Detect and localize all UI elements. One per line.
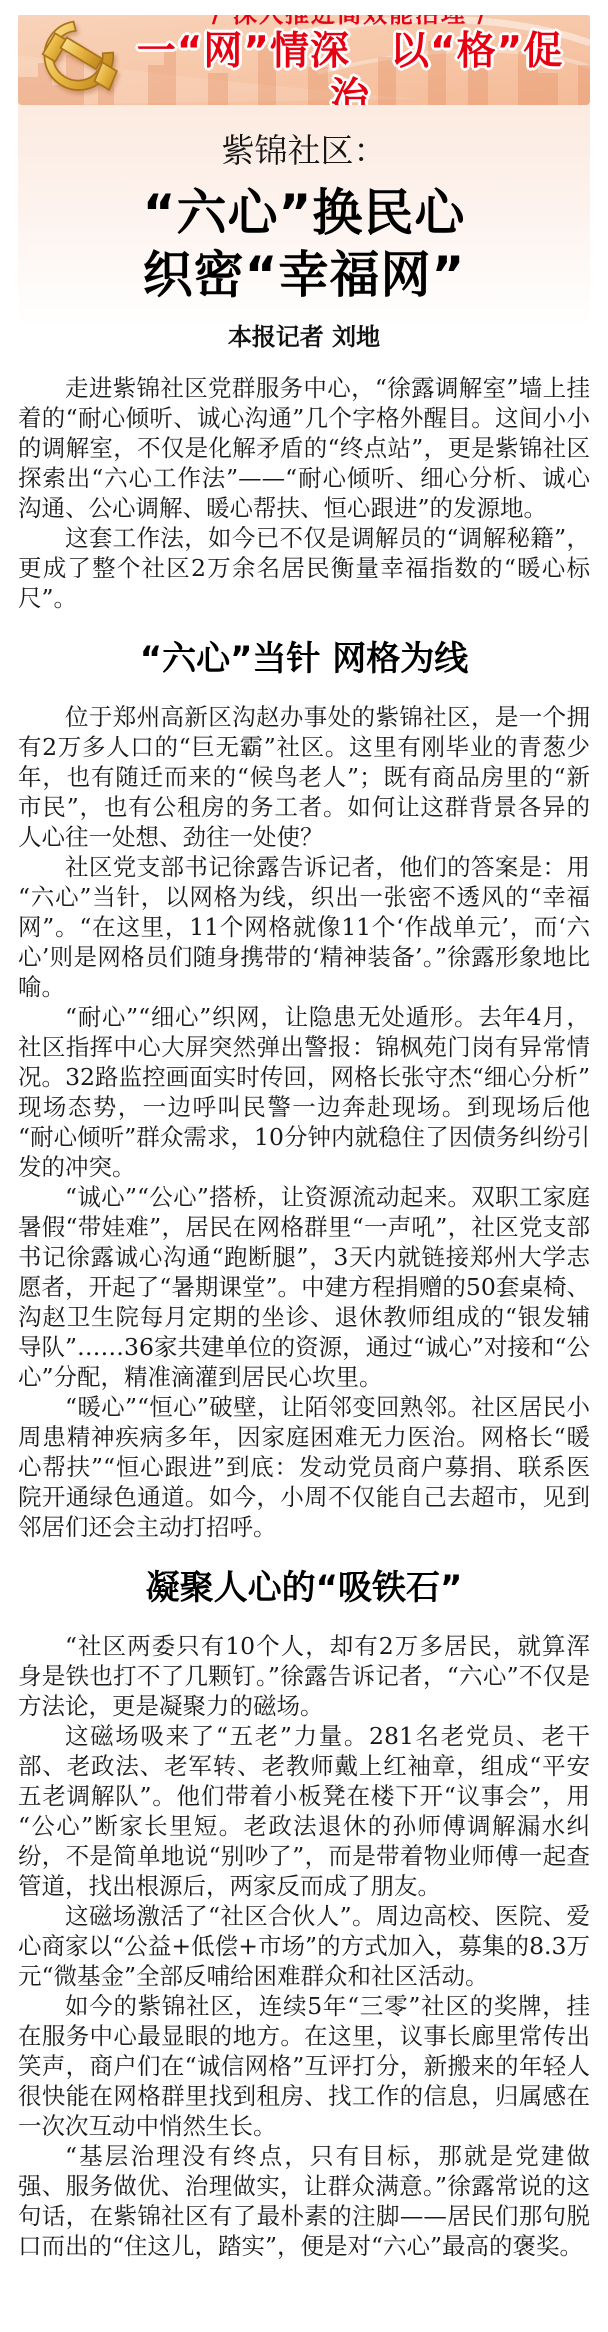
article-paragraph: 如今的紫锦社区，连续5年“三零”社区的奖牌，挂在服务中心最显眼的地方。在这里，议… bbox=[18, 1991, 590, 2141]
hero-section: / 深入推进高效能治理 / 一“网”情深 以“格”促治 紫锦社区： “六心”换民… bbox=[18, 15, 590, 353]
article-paragraph: “耐心”“细心”织网，让隐患无处遁形。去年4月，社区指挥中心大屏突然弹出警报：锦… bbox=[18, 1002, 590, 1182]
section-heading: “六心”当针 网格为线 bbox=[18, 638, 590, 680]
party-emblem-icon bbox=[18, 17, 134, 103]
banner-slogan-main: 一“网”情深 以“格”促治 bbox=[134, 29, 566, 105]
banner-slogans: / 深入推进高效能治理 / 一“网”情深 以“格”促治 bbox=[134, 15, 590, 105]
article-paragraph: “诚心”“公心”搭桥，让资源流动起来。双职工家庭暑假“带娃难”，居民在网格群里“… bbox=[18, 1182, 590, 1392]
article-paragraph: 社区党支部书记徐露告诉记者，他们的答案是：用“六心”当针，以网格为线，织出一张密… bbox=[18, 852, 590, 1002]
article-page: / 深入推进高效能治理 / 一“网”情深 以“格”促治 紫锦社区： “六心”换民… bbox=[0, 0, 608, 2275]
article-paragraph: 位于郑州高新区沟赵办事处的紫锦社区，是一个拥有2万多人口的“巨无霸”社区。这里有… bbox=[18, 702, 590, 852]
article-paragraph: “社区两委只有10个人，却有2万多居民，就算浑身是铁也打不了几颗钉。”徐露告诉记… bbox=[18, 1631, 590, 1721]
article-title: “六心”换民心织密“幸福网” bbox=[18, 182, 590, 306]
banner-slogan-top: / 深入推进高效能治理 / bbox=[134, 15, 566, 29]
article-paragraph: 走进紫锦社区党群服务中心，“徐露调解室”墙上挂着的“耐心倾听、诚心沟通”几个字格… bbox=[18, 373, 590, 523]
article-paragraph: “暖心”“恒心”破壁，让陌邻变回熟邻。社区居民小周患精神疾病多年，因家庭困难无力… bbox=[18, 1392, 590, 1542]
header-banner: / 深入推进高效能治理 / 一“网”情深 以“格”促治 bbox=[18, 15, 590, 105]
article-paragraph: 这磁场吸来了“五老”力量。281名老党员、老干部、老政法、老军转、老教师戴上红袖… bbox=[18, 1721, 590, 1901]
title-line-2: 织密“幸福网” bbox=[143, 246, 466, 304]
article-paragraph: 这套工作法，如今已不仅是调解员的“调解秘籍”，更成了整个社区2万余名居民衡量幸福… bbox=[18, 523, 590, 613]
article-body: 走进紫锦社区党群服务中心，“徐露调解室”墙上挂着的“耐心倾听、诚心沟通”几个字格… bbox=[0, 353, 608, 2275]
article-paragraph: “基层治理没有终点，只有目标，那就是党建做强、服务做优、治理做实，让群众满意。”… bbox=[18, 2141, 590, 2261]
article-kicker: 紫锦社区： bbox=[18, 105, 590, 171]
article-byline: 本报记者 刘地 bbox=[18, 321, 590, 353]
title-line-1: “六心”换民心 bbox=[143, 184, 466, 242]
article-paragraph: 这磁场激活了“社区合伙人”。周边高校、医院、爱心商家以“公益+低偿+市场”的方式… bbox=[18, 1901, 590, 1991]
section-heading: 凝聚人心的“吸铁石” bbox=[18, 1567, 590, 1609]
